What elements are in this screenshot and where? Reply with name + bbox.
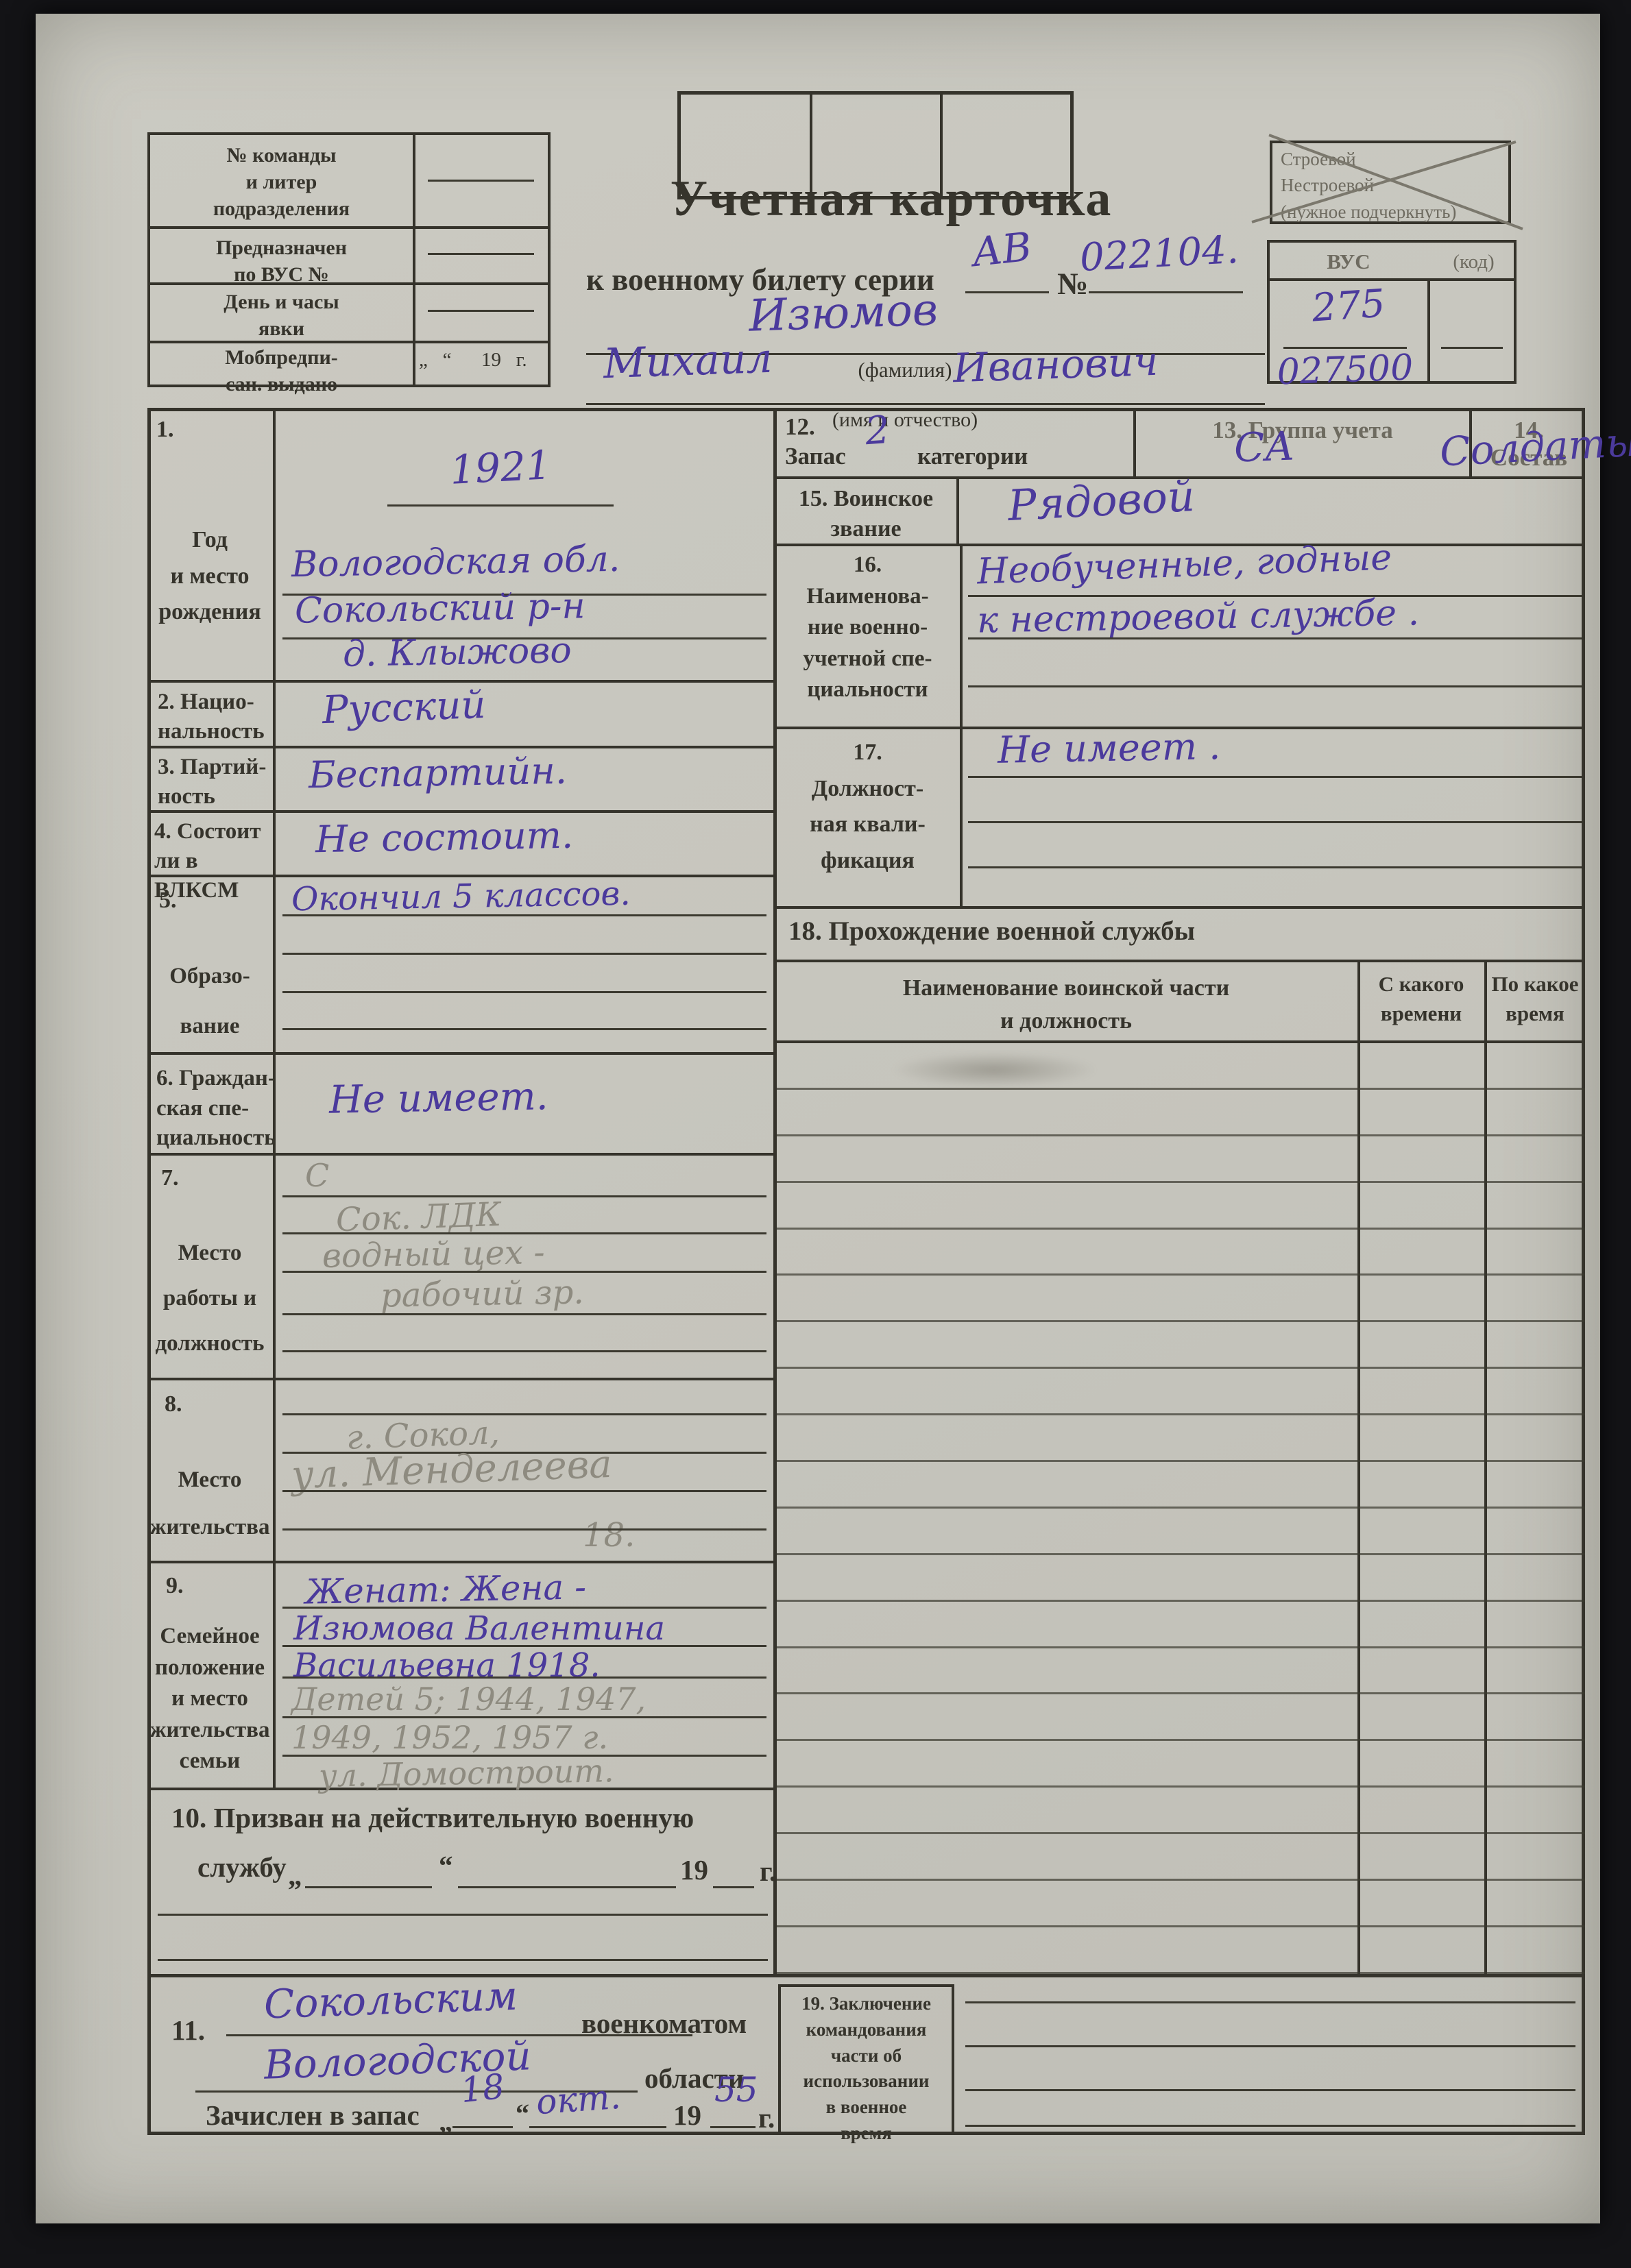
code-header: (код) xyxy=(1434,251,1513,273)
label-team-number: № команды и литер подразделения xyxy=(150,142,413,222)
rule-line xyxy=(150,226,548,229)
civil-specialty-handwritten: Не имеет. xyxy=(328,1074,548,1123)
label-appearance-time: День и часы явки xyxy=(150,289,413,342)
education-handwritten: Окончил 5 классов. xyxy=(291,875,631,919)
service-table-row xyxy=(777,1415,1585,1462)
blank-line xyxy=(282,1313,766,1315)
service-section-title: 18. Прохождение военной службы xyxy=(788,916,1195,947)
combat-status-box: Строевой Нестроевой (нужное подчеркнуть) xyxy=(1270,141,1511,224)
field10-year-suffix: г. xyxy=(760,1855,776,1888)
enlist-year-prefix: 19 xyxy=(673,2099,701,2132)
blank-line xyxy=(282,1350,766,1352)
card-title: Учетная карточка xyxy=(651,170,1131,228)
blank-line xyxy=(1441,347,1503,349)
family-ink-1: Женат: Жена - xyxy=(305,1567,587,1611)
field5-number: 5. xyxy=(159,888,177,914)
blank-line xyxy=(158,1959,768,1961)
field5-label: Образо- вание xyxy=(149,951,270,1051)
field1-number: 1. xyxy=(156,417,174,443)
rule-line xyxy=(413,135,415,385)
blank-line xyxy=(282,991,766,993)
row-separator xyxy=(149,680,773,683)
service-col-to: По какое время xyxy=(1486,969,1584,1029)
service-table-row xyxy=(777,1694,1585,1741)
service-table-row xyxy=(777,1741,1585,1788)
blank-line xyxy=(428,310,534,312)
field11-number: 11. xyxy=(171,2014,205,2047)
blank-line xyxy=(282,1195,766,1197)
field16-label: 16. Наименова- ние военно- учетной спе- … xyxy=(777,550,958,706)
pencil-cross xyxy=(1266,136,1519,232)
military-specialty-handwritten-2: к нестроевой службе . xyxy=(977,592,1420,641)
cell-divider xyxy=(960,729,963,906)
blank-line xyxy=(586,403,1265,405)
open-quote: „ xyxy=(439,2106,452,2138)
rank-handwritten: Рядовой xyxy=(1006,471,1196,531)
party-status-handwritten: Беспартийн. xyxy=(308,749,567,797)
series-handwritten: АВ xyxy=(970,223,1034,276)
residence-pencil-3: 18. xyxy=(583,1516,635,1554)
blank-line xyxy=(968,685,1582,687)
reserve-category-handwritten: 2 xyxy=(864,408,891,454)
close-quote: “ xyxy=(516,2097,529,2130)
field13-label: 13. Группа учета xyxy=(1141,417,1464,444)
field10-year-prefix: 19 xyxy=(680,1853,708,1886)
blank-line xyxy=(282,1676,766,1679)
family-ink-3: Васильевна 1918. xyxy=(293,1646,601,1685)
field3-label: 3. Партий- ность xyxy=(158,753,278,812)
blank-line xyxy=(282,914,766,916)
field7-label: Место работы и должность xyxy=(149,1230,270,1366)
vus-code-handwritten: 027500 xyxy=(1272,347,1418,393)
label-mob-order: Мобпредпи- сан. выдано xyxy=(150,344,413,398)
blank-line xyxy=(713,1886,754,1888)
nationality-handwritten: Русский xyxy=(322,683,487,733)
field12-word1: Запас xyxy=(785,443,846,470)
blank-line xyxy=(282,1716,766,1718)
service-table-row xyxy=(777,1834,1585,1881)
field1-label: Год и место рождения xyxy=(149,522,270,631)
surname-handwritten: Изюмов xyxy=(699,283,988,344)
pencil-smudge xyxy=(891,1052,1097,1088)
service-col-from: С какого времени xyxy=(1360,969,1482,1029)
service-table-row xyxy=(777,1927,1585,1974)
open-quote: „ xyxy=(288,1859,302,1892)
blank-line xyxy=(282,1607,766,1609)
field6-label: 6. Граждан- ская спе- циальность xyxy=(156,1064,280,1154)
blank-line xyxy=(282,953,766,955)
workplace-pencil-1: С xyxy=(305,1157,329,1194)
field12-number: 12. xyxy=(785,413,815,441)
field12-word2: категории xyxy=(917,443,1028,470)
enlisted-printed: Зачислен в запас xyxy=(206,2099,420,2132)
field15-label: 15. Воинское звание xyxy=(777,484,955,544)
commissariat-printed: военкоматом xyxy=(581,2007,747,2040)
field19-label: 19. Заключение командования части об исп… xyxy=(781,1991,952,2147)
blank-line xyxy=(968,866,1582,868)
close-quote: “ xyxy=(439,1849,453,1882)
field9-label: Семейное положение и место жительства се… xyxy=(149,1621,270,1777)
blank-line xyxy=(1089,291,1243,293)
blank-line xyxy=(387,504,614,507)
birth-region-handwritten: Вологодская обл. xyxy=(291,539,620,585)
account-group-handwritten: СА xyxy=(1233,422,1296,471)
blank-line xyxy=(458,1886,676,1888)
field10-word: службу xyxy=(197,1851,287,1883)
service-table-row xyxy=(777,1369,1585,1415)
patronymic-handwritten: Иванович xyxy=(952,338,1159,391)
service-table-row xyxy=(777,1276,1585,1322)
family-pencil-2: 1949, 1952, 1957 г. xyxy=(291,1719,608,1756)
birth-district-handwritten: Сокольский р-н xyxy=(295,585,586,631)
workplace-pencil-3: водный цех - xyxy=(322,1233,546,1276)
vus-header: ВУС xyxy=(1297,249,1400,274)
family-pencil-3: ул. Домостроит. xyxy=(319,1752,614,1794)
blank-line xyxy=(529,2126,666,2128)
blank-line xyxy=(282,1490,766,1492)
enlist-month-handwritten: окт. xyxy=(535,2077,622,2122)
workplace-pencil-4: рабочий зр. xyxy=(380,1273,585,1315)
row-separator xyxy=(777,960,1585,962)
service-table-row xyxy=(777,1322,1585,1369)
blank-line xyxy=(965,2001,1575,2003)
cell-divider xyxy=(960,546,963,727)
row-separator xyxy=(149,1052,773,1055)
enlist-year-handwritten: 55 xyxy=(714,2070,758,2110)
commissariat-handwritten: Сокольским xyxy=(263,1973,518,2028)
blank-line xyxy=(282,1271,766,1273)
blank-line xyxy=(452,2126,513,2128)
row-separator xyxy=(777,906,1585,909)
birth-village-handwritten: д. Клыжово xyxy=(343,630,572,675)
blank-line xyxy=(965,2089,1575,2091)
enlist-day-handwritten: 18 xyxy=(459,2066,506,2110)
blank-line xyxy=(282,1528,766,1531)
service-table-row xyxy=(777,1648,1585,1695)
row-separator xyxy=(149,1561,773,1563)
field8-label: Место жительства xyxy=(149,1456,270,1552)
field17-label: 17. Должност- ная квали- фикация xyxy=(777,735,958,879)
field7-number: 7. xyxy=(161,1165,179,1191)
service-table-row xyxy=(777,1183,1585,1230)
service-table-row xyxy=(777,1090,1585,1136)
service-col-unit: Наименование воинской части и должность xyxy=(782,972,1351,1037)
service-table-row xyxy=(777,1788,1585,1834)
blank-line xyxy=(282,1413,766,1415)
ticket-number-handwritten: 022104. xyxy=(1078,228,1240,280)
blank-line xyxy=(428,180,534,182)
service-table-rows xyxy=(777,1043,1585,1974)
blank-line xyxy=(305,1886,432,1888)
enlist-year-suffix: г. xyxy=(758,2101,775,2134)
komsomol-status-handwritten: Не состоит. xyxy=(315,814,573,862)
blank-line xyxy=(158,1914,768,1916)
family-pencil-1: Детей 5; 1944, 1947, xyxy=(291,1681,646,1718)
field8-number: 8. xyxy=(165,1391,182,1417)
service-table-row xyxy=(777,1230,1585,1276)
vus-code-box: ВУС (код) 275 027500 xyxy=(1267,240,1517,384)
mobilization-box: № команды и литер подразделения Предназн… xyxy=(147,132,551,387)
service-table-row xyxy=(777,1509,1585,1555)
blank-line xyxy=(968,776,1582,778)
cell-divider xyxy=(1133,410,1136,476)
label-vus-purpose: Предназначен по ВУС № xyxy=(150,234,413,288)
blank-line xyxy=(965,2125,1575,2127)
blank-line xyxy=(965,2045,1575,2047)
registration-card-scan: № команды и литер подразделения Предназн… xyxy=(0,0,1631,2268)
row-separator xyxy=(149,1974,1584,1977)
service-table-row xyxy=(777,1462,1585,1509)
row-separator xyxy=(149,1378,773,1380)
field9-number: 9. xyxy=(166,1573,184,1599)
command-conclusion-box: 19. Заключение командования части об исп… xyxy=(778,1984,954,2135)
service-table-row xyxy=(777,1555,1585,1602)
service-table-row xyxy=(777,1602,1585,1648)
service-table-row xyxy=(777,1136,1585,1183)
rule-line xyxy=(1427,281,1430,381)
field10-line1: 10. Призван на действительную военную xyxy=(171,1801,694,1834)
vus-number-handwritten: 275 xyxy=(1289,280,1408,332)
firstname-handwritten: Михаил xyxy=(603,334,773,389)
mob-order-date-blank: „ “ 19 г. xyxy=(419,349,549,371)
blank-line xyxy=(968,821,1582,823)
blank-line xyxy=(710,2126,756,2128)
field2-label: 2. Нацио- нальность xyxy=(158,687,278,746)
cell-divider xyxy=(956,479,959,544)
composition-handwritten: Солдаты xyxy=(1438,418,1631,475)
qualification-handwritten: Не имеет . xyxy=(997,724,1220,772)
service-table-row xyxy=(777,1881,1585,1927)
blank-line xyxy=(282,1028,766,1030)
blank-line xyxy=(428,253,534,255)
family-ink-2: Изюмова Валентина xyxy=(293,1609,665,1648)
blank-line xyxy=(968,637,1582,639)
